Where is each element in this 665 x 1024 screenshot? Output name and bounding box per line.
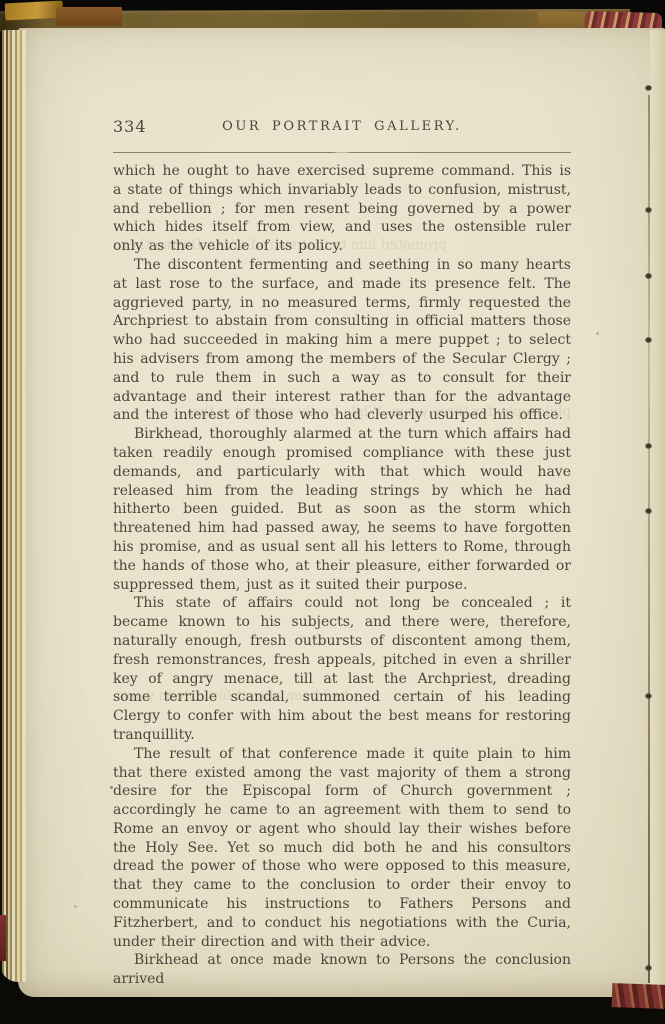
gutter-crease: [648, 95, 650, 983]
next-page-edge: [650, 30, 665, 996]
paragraph: Birkhead at once made known to Persons t…: [113, 951, 571, 989]
paragraph: The discontent fermenting and seething i…: [113, 256, 571, 425]
cover-sliver-left: [0, 915, 6, 961]
paragraph: This state of affairs could not long be …: [113, 594, 571, 744]
stitch-mark: [645, 85, 652, 91]
stitch-mark: [645, 443, 652, 449]
cover-gilt-fragment: [5, 0, 64, 20]
stitch-mark: [645, 965, 652, 971]
body-text: which he ought to have exercised supreme…: [113, 162, 571, 989]
stitch-mark: [645, 508, 652, 514]
cover-sliver-bottom-right: [612, 983, 665, 1009]
running-header: OUR PORTRAIT GALLERY.: [113, 119, 571, 134]
paragraph: The result of that conference made it qu…: [113, 745, 571, 952]
stitch-mark: [645, 693, 652, 699]
stitch-mark: [645, 337, 652, 343]
stitch-mark: [645, 273, 652, 279]
stitch-mark: [645, 207, 652, 213]
page-header: 334 OUR PORTRAIT GALLERY.: [113, 115, 571, 139]
paragraph: Birkhead, thoroughly alarmed at the turn…: [113, 425, 571, 594]
paragraph: which he ought to have exercised supreme…: [113, 162, 571, 256]
cover-leather-patch: [56, 7, 122, 26]
header-rule: [113, 152, 571, 153]
paper-speck: [596, 332, 599, 335]
page-edges-stack: [0, 30, 26, 982]
paper-speck: [74, 905, 77, 908]
book-scan: promoted him to that sacred order. Durin…: [0, 0, 665, 1024]
